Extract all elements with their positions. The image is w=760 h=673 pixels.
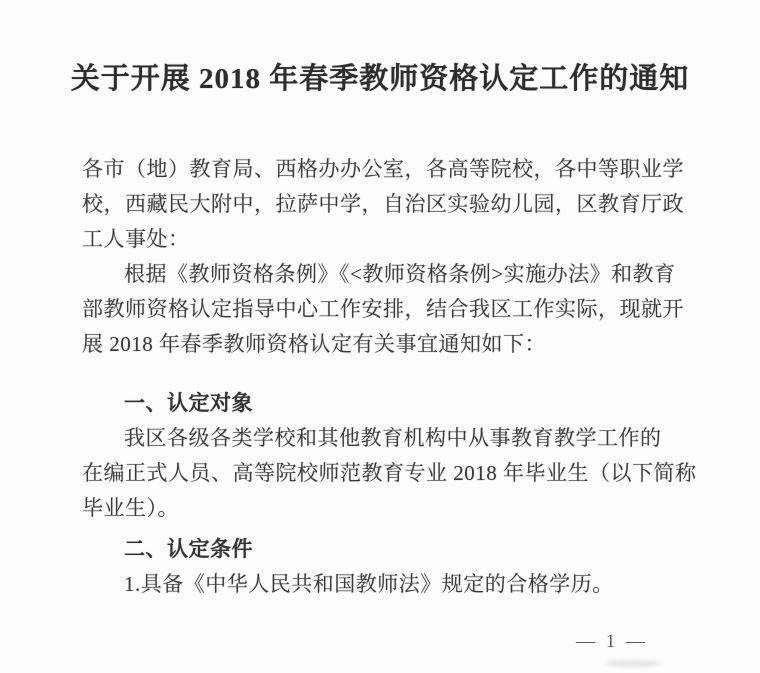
intro-line: 展 2018 年春季教师资格认定有关事宜通知如下： [82, 327, 690, 362]
section-heading: 二、认定条件 [82, 532, 690, 567]
document-body: 各市（地）教育局、西格办办公室，各高等院校，各中等职业学 校，西藏民大附中，拉萨… [82, 152, 690, 602]
intro-paragraph: 根据《教师资格条例》《<教师资格条例>实施办法》和教育 部教师资格认定指导中心工… [82, 257, 690, 362]
salutation-line: 工人事处： [82, 222, 690, 257]
section-certification-conditions: 二、认定条件 1.具备《中华人民共和国教师法》规定的合格学历。 [82, 532, 690, 602]
intro-line: 部教师资格认定指导中心工作安排，结合我区工作实际，现就开 [82, 292, 690, 327]
section-body-line: 毕业生）。 [82, 491, 690, 526]
section-body-line: 我区各级各类学校和其他教育机构中从事教育教学工作的 [82, 421, 690, 456]
scan-artifact [604, 660, 662, 667]
scanned-document-page: 关于开展 2018 年春季教师资格认定工作的通知 各市（地）教育局、西格办办公室… [0, 0, 760, 673]
intro-line: 根据《教师资格条例》《<教师资格条例>实施办法》和教育 [82, 257, 690, 292]
section-heading: 一、认定对象 [82, 386, 690, 421]
salutation-paragraph: 各市（地）教育局、西格办办公室，各高等院校，各中等职业学 校，西藏民大附中，拉萨… [82, 152, 690, 257]
document-title: 关于开展 2018 年春季教师资格认定工作的通知 [40, 58, 720, 100]
section-body-line: 1.具备《中华人民共和国教师法》规定的合格学历。 [82, 567, 690, 602]
section-body-line: 在编正式人员、高等院校师范教育专业 2018 年毕业生（以下简称 [82, 456, 690, 491]
salutation-line: 各市（地）教育局、西格办办公室，各高等院校，各中等职业学 [82, 152, 690, 187]
salutation-line: 校，西藏民大附中，拉萨中学，自治区实验幼儿园，区教育厅政 [82, 187, 690, 222]
section-certification-targets: 一、认定对象 我区各级各类学校和其他教育机构中从事教育教学工作的 在编正式人员、… [82, 386, 690, 526]
page-number: — 1 — [576, 631, 648, 653]
